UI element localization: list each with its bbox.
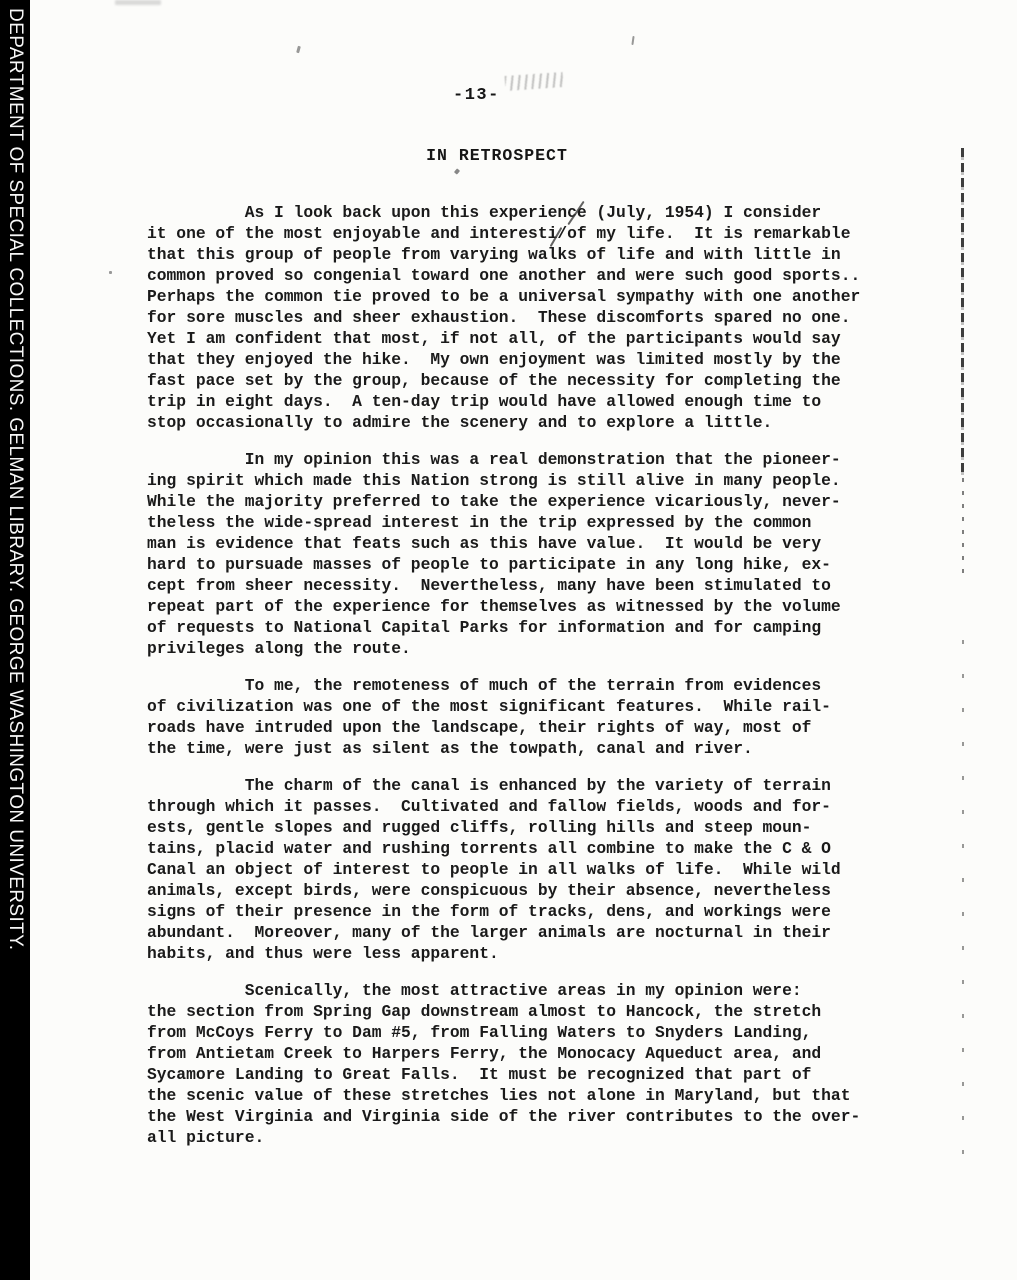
scan-speck [454, 168, 460, 174]
paragraph: In my opinion this was a real demonstrat… [147, 449, 907, 659]
scan-artifact-line [962, 478, 964, 578]
document-body: As I look back upon this experience (Jul… [147, 202, 907, 1164]
smudge-mark [505, 72, 564, 91]
page-number: -13- [453, 86, 500, 105]
scan-speck [631, 36, 634, 45]
scan-speck [109, 271, 112, 274]
library-stamp-bar: DEPARTMENT OF SPECIAL COLLECTIONS. GELMA… [0, 0, 30, 1280]
paragraph: As I look back upon this experience (Jul… [147, 202, 907, 433]
paragraph: The charm of the canal is enhanced by th… [147, 775, 907, 964]
scanned-page: DEPARTMENT OF SPECIAL COLLECTIONS. GELMA… [0, 0, 1017, 1280]
paragraph: Scenically, the most attractive areas in… [147, 980, 907, 1148]
scan-speck [115, 0, 161, 5]
scan-artifact-line [961, 148, 964, 478]
page-title: IN RETROSPECT [147, 146, 847, 165]
scan-artifact-line [962, 640, 964, 1180]
paragraph: To me, the remoteness of much of the ter… [147, 675, 907, 759]
library-stamp-text: DEPARTMENT OF SPECIAL COLLECTIONS. GELMA… [4, 8, 26, 950]
scan-speck [296, 46, 301, 54]
